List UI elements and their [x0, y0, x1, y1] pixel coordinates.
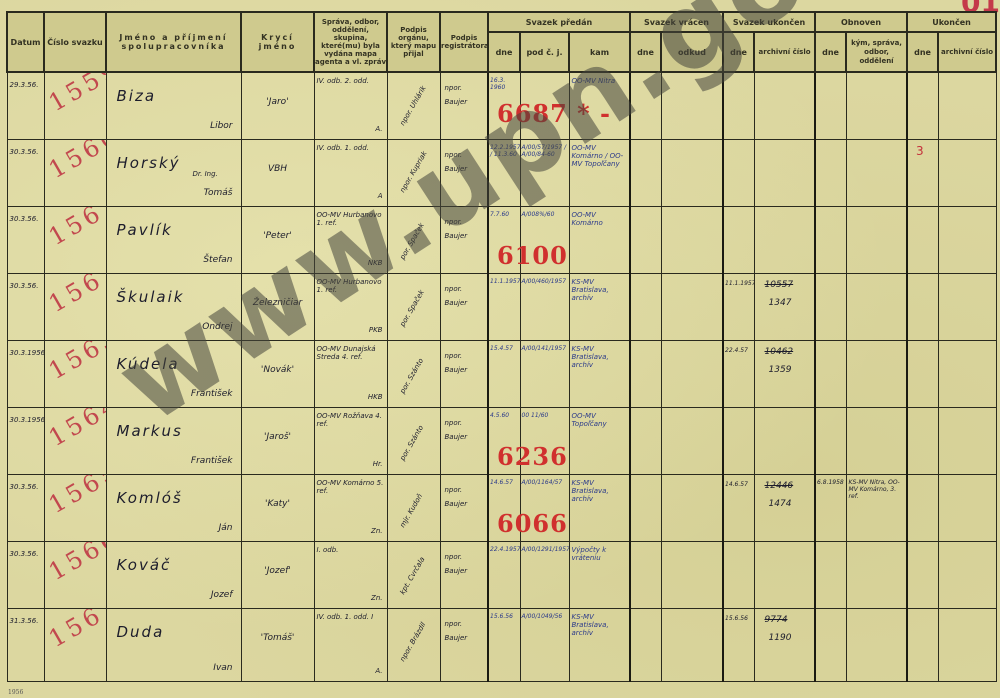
table-row: 30.3.56. 1560 Horský Dr. Ing. Tomáš VBH …: [7, 140, 996, 207]
row-predan-kam: KS-MV Bratislava, archív: [572, 345, 629, 369]
row-kryci-jmeno: 'Jozef': [242, 566, 314, 576]
row-sprava-code: PKB: [369, 326, 383, 334]
row-predan-cj: A/00/460/1957: [522, 278, 569, 285]
row-archivni-cislo: 1347: [769, 298, 792, 308]
agent-registry-table: Datum Číslo svazku Jméno a příjmení spol…: [6, 11, 997, 682]
row-predan-cj: A/00/1164/57: [522, 479, 569, 486]
header-ukoncen2-dne: dne: [907, 32, 938, 72]
row-archivni-cislo-old: 10462: [765, 347, 794, 357]
row-podpis-organu: por. Szánto: [398, 357, 425, 395]
row-predan-dne: 4.5.60: [490, 412, 520, 419]
row-jmeno: Jozef: [211, 590, 233, 600]
row-archivni-cislo-old: 10557: [765, 280, 794, 290]
header-predan-cj: pod č. j.: [520, 32, 569, 72]
row-sprava-code: NKB: [368, 259, 383, 267]
header-vracen-odkud: odkud: [661, 32, 723, 72]
table-row: 30.3.1956 1563 Kúdela František 'Novák' …: [7, 341, 996, 408]
header-ukoncen: Ukončen: [907, 12, 996, 32]
row-ukoncen-dne: 15.6.56: [725, 615, 748, 622]
row-podpis-organu: por. Szánto: [398, 424, 425, 462]
row-predan-dne: 15.4.57: [490, 345, 520, 352]
row-end-mark: 3: [916, 144, 924, 158]
table-row: 29.3.56. 1559 Biza Libor 'Jaro' IV. odb.…: [7, 72, 996, 140]
row-cislo-svazku: 1563: [44, 341, 106, 386]
row-podpis-registratora: npor. Baujer: [445, 215, 481, 243]
row-prijmeni: Biza: [117, 87, 157, 105]
row-archivni-cislo: 1474: [769, 499, 792, 509]
header-cislo-svazku: Číslo svazku: [44, 12, 106, 72]
row-predan-dne: 11.1.1957: [490, 278, 520, 285]
row-podpis-organu: npor. Uhlárik: [398, 84, 427, 127]
row-datum: 30.3.56.: [10, 215, 39, 223]
row-jmeno: Tomáš: [204, 188, 233, 198]
row-jmeno: Ondrej: [202, 322, 232, 332]
row-sprava: IV. odb. 2. odd.: [317, 77, 385, 85]
row-predan-kam: OO-MV Topoľčany: [572, 412, 629, 428]
header-datum: Datum: [7, 12, 44, 72]
row-kryci-jmeno: 'Jaro': [242, 97, 314, 107]
row-podpis-registratora: npor. Baujer: [445, 81, 481, 109]
row-ukoncen-dne: 11.1.1957: [725, 280, 754, 287]
table-row: 30.3.56. 1561 Pavlík Štefan 'Peter' OO-M…: [7, 207, 996, 274]
row-kryci-jmeno: 'Peter': [242, 231, 314, 241]
row-sprava-code: Zn.: [371, 527, 382, 535]
row-predan-kam: KS-MV Bratislava, archív: [572, 479, 629, 503]
header-jmeno-prijmeni: Jméno a příjmení spolupracovníka: [106, 12, 241, 72]
row-jmeno: Ján: [219, 523, 233, 533]
header-podpis-organu: Podpis orgánu, který mapu přijal: [387, 12, 440, 72]
row-prijmeni: Kováč: [117, 556, 172, 574]
row-kryci-jmeno: Železničiar: [242, 298, 314, 308]
row-datum: 30.3.56.: [10, 148, 39, 156]
row-jmeno: Štefan: [203, 255, 232, 265]
row-predan-kam: KS-MV Bratislava, archív: [572, 278, 629, 302]
row-prijmeni: Komlóš: [117, 489, 183, 507]
header-ukoncen-dne: dne: [723, 32, 754, 72]
row-datum: 30.3.1956: [10, 416, 45, 424]
row-podpis-registratora: npor. Baujer: [445, 550, 481, 578]
row-podpis-registratora: npor. Baujer: [445, 416, 481, 444]
table-row: 30.3.56. 1565 Komlóš Ján 'Katy' OO-MV Ko…: [7, 475, 996, 542]
row-sprava: IV. odb. 1. odd. I: [317, 613, 385, 621]
row-podpis-registratora: npor. Baujer: [445, 282, 481, 310]
row-ukoncen-dne: 14.6.57: [725, 481, 748, 488]
row-predan-dne: 16.3. 1960: [490, 77, 520, 91]
row-podpis-organu: kpt. Cvrčala: [398, 556, 426, 596]
row-predan-cj: A/00/57/1957 / A/00/84-60: [522, 144, 569, 158]
row-sprava-code: Zn.: [371, 594, 382, 602]
row-archivni-cislo: 1190: [769, 633, 792, 643]
row-sprava: OO-MV Hurbanovo 1. ref.: [317, 211, 385, 227]
row-sprava: OO-MV Komárno 5. ref.: [317, 479, 385, 495]
header-ukoncen-archivni-cislo: archivní číslo: [754, 32, 815, 72]
row-obnoven-dne: 6.8.1958: [817, 479, 844, 486]
footer-mark: 1956: [8, 689, 23, 696]
header-obnoven-dne: dne: [815, 32, 846, 72]
header-predan-kam: kam: [569, 32, 630, 72]
header-vracen-dne: dne: [630, 32, 661, 72]
header-obnoven: Obnoven: [815, 12, 907, 32]
row-jmeno: Ivan: [213, 663, 232, 673]
header-svazek-predan: Svazek předán: [488, 12, 630, 32]
row-prijmeni: Markus: [117, 422, 183, 440]
row-podpis-organu: por. Spaček: [398, 289, 425, 328]
row-ukoncen-dne: 22.4.57: [725, 347, 748, 354]
row-datum: 30.3.56.: [10, 483, 39, 491]
row-predan-cj: A/00/1049/56: [522, 613, 569, 620]
ledger-page: 01 Datum Číslo svazku Jméno a příjmení s…: [0, 0, 1000, 698]
row-cislo-svazku: 1566: [44, 542, 106, 587]
header-svazek-vracen: Svazek vrácen: [630, 12, 723, 32]
header-obnoven-kym: kým, správa, odbor, oddělení: [846, 32, 907, 72]
row-sprava-code: A: [378, 192, 383, 200]
row-datum: 29.3.56.: [10, 81, 39, 89]
row-kryci-jmeno: VBH: [242, 164, 314, 174]
row-predan-dne: 15.6.56: [490, 613, 520, 620]
row-sprava: IV. odb. 1. odd.: [317, 144, 385, 152]
row-sprava: I. odb.: [317, 546, 385, 554]
row-podpis-registratora: npor. Baujer: [445, 349, 481, 377]
row-sprava: OO-MV Hurbanovo 1. ref.: [317, 278, 385, 294]
row-predan-kam: OO-MV Komárno / OO-MV Topoľčany: [572, 144, 629, 168]
row-archivni-cislo-old: 12446: [765, 481, 794, 491]
row-predan-kam: KS-MV Bratislava, archív: [572, 613, 629, 637]
table-row: 31.3.56. 1567 Duda Ivan 'Tomáš' IV. odb.…: [7, 609, 996, 682]
row-sprava-code: A.: [375, 125, 382, 133]
table-row: 30.3.1956 1564 Markus František 'Jaroš' …: [7, 408, 996, 475]
row-predan-dne: 14.6.57: [490, 479, 520, 486]
row-sprava: OO-MV Rožňava 4. ref.: [317, 412, 385, 428]
row-datum: 30.3.56.: [10, 550, 39, 558]
table-row: 30.3.56. 1566 Kováč Jozef 'Jozef' I. odb…: [7, 542, 996, 609]
row-prijmeni: Kúdela: [117, 355, 180, 373]
header-sprava: Správa, odbor, oddělení, skupina, které(…: [314, 12, 387, 72]
row-podpis-organu: por. Spaček: [398, 222, 425, 261]
row-kryci-jmeno: 'Novák': [242, 365, 314, 375]
row-prijmeni: Horský: [117, 154, 181, 172]
row-cislo-svazku: 1564: [44, 408, 106, 453]
row-podpis-registratora: npor. Baujer: [445, 148, 481, 176]
row-predan-cj: A/00/1291/1957: [522, 546, 569, 553]
row-podpis-registratora: npor. Baujer: [445, 617, 481, 645]
row-kryci-jmeno: 'Katy': [242, 499, 314, 509]
row-archivni-cislo: 1359: [769, 365, 792, 375]
row-podpis-organu: npor. Brázdil: [398, 621, 427, 663]
row-cislo-svazku: 1562: [44, 274, 106, 319]
row-predan-kam: Výpočty k vráteniu: [572, 546, 629, 562]
row-cislo-svazku: 1560: [44, 140, 106, 185]
row-archivni-cislo-old: 9774: [765, 615, 788, 625]
row-obnoven-kym: KS-MV Nitra, OO-MV Komárno, 3. ref.: [849, 479, 907, 500]
header-ukoncen2-archivni-cislo: archivní číslo: [938, 32, 996, 72]
row-sprava: OO-MV Dunajská Streda 4. ref.: [317, 345, 385, 361]
row-predan-kam: OO-MV Komárno: [572, 211, 629, 227]
row-cislo-svazku: 1561: [44, 207, 106, 252]
row-predan-cj: A/008%/60: [522, 211, 569, 218]
row-jmeno: František: [191, 389, 233, 399]
row-datum: 31.3.56.: [10, 617, 39, 625]
row-datum: 30.3.56.: [10, 282, 39, 290]
header-kryci-jmeno: Krycí jméno: [241, 12, 314, 72]
row-cislo-svazku: 1565: [44, 475, 106, 520]
row-predan-dne: 22.4.1957: [490, 546, 520, 553]
row-sprava-code: Hr.: [373, 460, 383, 468]
row-podpis-registratora: npor. Baujer: [445, 483, 481, 511]
row-predan-cj: 00 11/60: [522, 412, 569, 419]
row-titul: Dr. Ing.: [193, 170, 218, 178]
row-sprava-code: HKB: [368, 393, 383, 401]
row-podpis-organu: npor. Kupriak: [398, 150, 428, 194]
row-jmeno: František: [191, 456, 233, 466]
row-sprava-code: A.: [375, 667, 382, 675]
row-predan-cj: A/00/141/1957: [522, 345, 569, 352]
row-predan-dne: 7.7.60: [490, 211, 520, 218]
row-prijmeni: Pavlík: [117, 221, 173, 239]
row-predan-kam: OO-MV Nitra: [572, 77, 629, 85]
header-predan-dne: dne: [488, 32, 520, 72]
row-prijmeni: Škulaik: [117, 288, 185, 306]
header-podpis-registratora: Podpis registrátora: [440, 12, 488, 72]
table-row: 30.3.56. 1562 Škulaik Ondrej Železničiar…: [7, 274, 996, 341]
row-cislo-svazku: 1567: [44, 609, 106, 654]
row-prijmeni: Duda: [117, 623, 165, 641]
row-jmeno: Libor: [210, 121, 232, 131]
row-podpis-organu: mjr. Kudoň: [398, 493, 424, 529]
header-svazek-ukoncen: Svazek ukončen: [723, 12, 815, 32]
row-kryci-jmeno: 'Tomáš': [242, 633, 314, 643]
row-predan-dne: 12.2.1957 / 11.3.60: [490, 144, 520, 158]
row-kryci-jmeno: 'Jaroš': [242, 432, 314, 442]
row-datum: 30.3.1956: [10, 349, 45, 357]
row-cislo-svazku: 1559: [44, 72, 106, 117]
